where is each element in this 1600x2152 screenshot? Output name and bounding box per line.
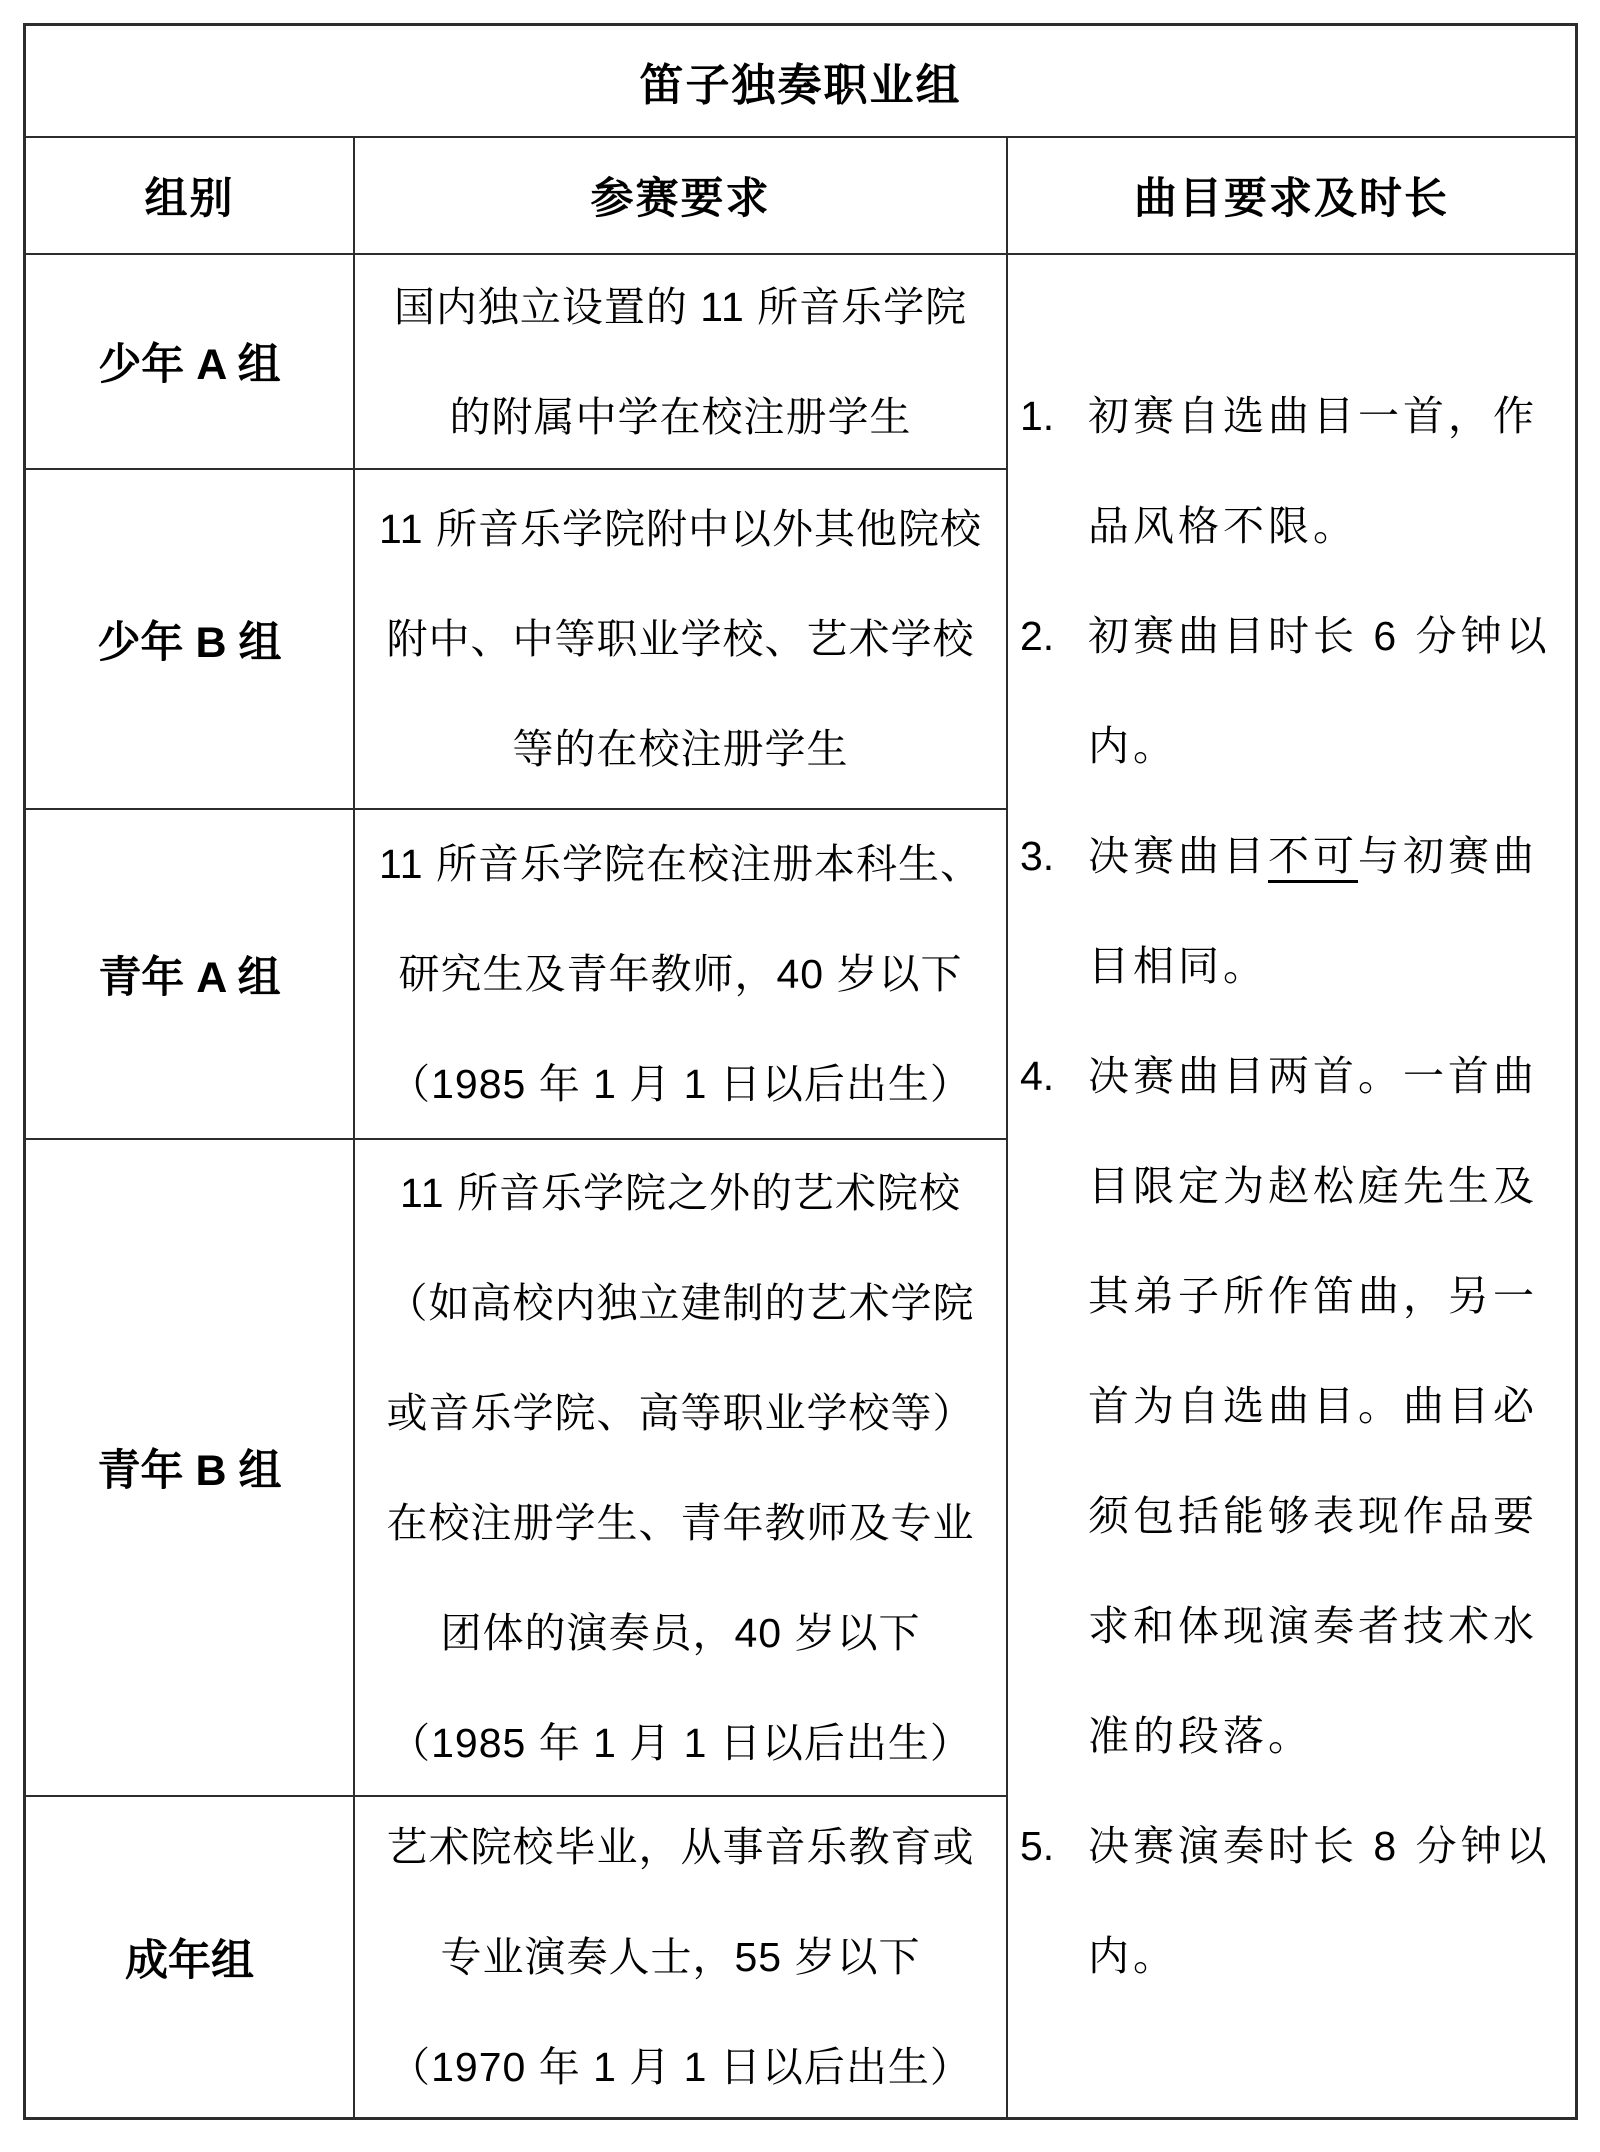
list-item: 4. 决赛曲目两首。一首曲 目限定为赵松庭先生及 其弟子所作笛曲，另一 首为自选… <box>1020 1021 1561 1791</box>
list-item-number: 4. <box>1020 1021 1088 1131</box>
table-title: 笛子独奏职业组 <box>26 26 1575 136</box>
list-item: 3. 决赛曲目不可与初赛曲 目相同。 <box>1020 801 1561 1021</box>
list-item-text: 决赛曲目不可与初赛曲 目相同。 <box>1088 801 1561 1021</box>
group-label-chengnian: 成年组 <box>26 1795 353 2117</box>
requirement-qingnian-b: 11 所音乐学院之外的艺术院校 （如高校内独立建制的艺术学院 或音乐学院、高等职… <box>353 1138 1006 1795</box>
list-item-text: 初赛自选曲目一首，作 品风格不限。 <box>1088 361 1561 581</box>
group-label-qingnian-a: 青年 A 组 <box>26 808 353 1138</box>
list-item-text: 决赛演奏时长 8 分钟以 内。 <box>1088 1791 1561 2011</box>
list-item-number: 2. <box>1020 581 1088 691</box>
requirement-shaonian-b: 11 所音乐学院附中以外其他院校 附中、中等职业学校、艺术学校 等的在校注册学生 <box>353 468 1006 808</box>
col-header-repertoire: 曲目要求及时长 <box>1006 136 1575 253</box>
requirement-shaonian-a: 国内独立设置的 11 所音乐学院 的附属中学在校注册学生 <box>353 253 1006 468</box>
list-item: 1. 初赛自选曲目一首，作 品风格不限。 <box>1020 361 1561 581</box>
list-item-number: 3. <box>1020 801 1088 911</box>
col-header-requirement: 参赛要求 <box>353 136 1006 253</box>
requirement-chengnian: 艺术院校毕业，从事音乐教育或 专业演奏人士，55 岁以下 （1970 年 1 月… <box>353 1795 1006 2117</box>
document-page: 笛子独奏职业组 组别 参赛要求 曲目要求及时长 少年 A 组 国内独立设置的 1… <box>0 0 1600 2152</box>
list-item-text: 决赛曲目两首。一首曲 目限定为赵松庭先生及 其弟子所作笛曲，另一 首为自选曲目。… <box>1088 1021 1561 1791</box>
list-item-number: 5. <box>1020 1791 1088 1901</box>
requirement-qingnian-a: 11 所音乐学院在校注册本科生、 研究生及青年教师，40 岁以下 （1985 年… <box>353 808 1006 1138</box>
group-label-qingnian-b: 青年 B 组 <box>26 1138 353 1795</box>
list-item: 5. 决赛演奏时长 8 分钟以 内。 <box>1020 1791 1561 2011</box>
list-item-text: 初赛曲目时长 6 分钟以 内。 <box>1088 581 1561 801</box>
group-label-shaonian-b: 少年 B 组 <box>26 468 353 808</box>
list-item: 2. 初赛曲目时长 6 分钟以 内。 <box>1020 581 1561 801</box>
repertoire-requirements-cell: 1. 初赛自选曲目一首，作 品风格不限。 2. 初赛曲目时长 6 分钟以 内。 … <box>1006 253 1575 2117</box>
col-header-group: 组别 <box>26 136 353 253</box>
competition-rules-table: 笛子独奏职业组 组别 参赛要求 曲目要求及时长 少年 A 组 国内独立设置的 1… <box>23 23 1578 2120</box>
group-label-shaonian-a: 少年 A 组 <box>26 253 353 468</box>
list-item-number: 1. <box>1020 361 1088 471</box>
